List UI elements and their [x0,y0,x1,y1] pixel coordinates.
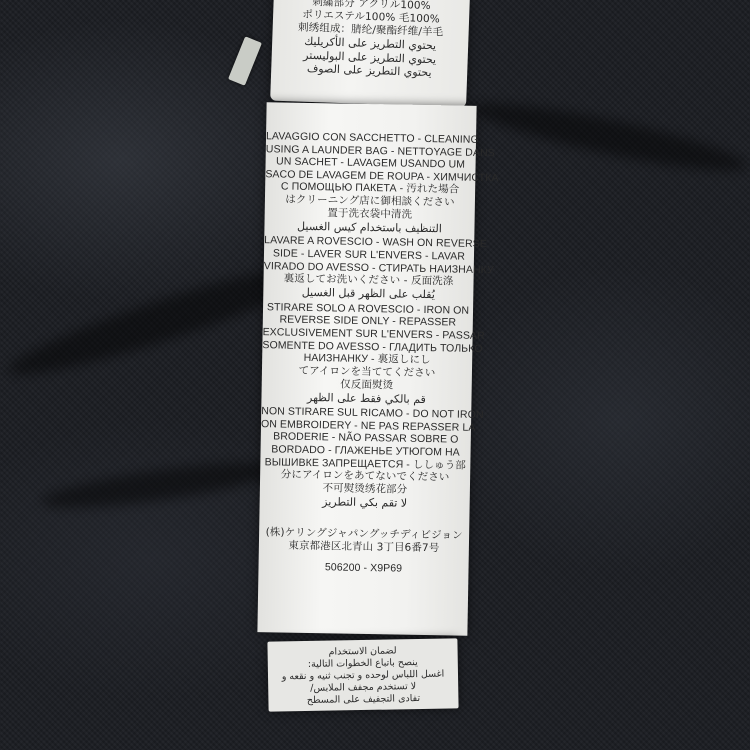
manufacturer-info: (株)ケリングジャパングッチディビジョン 東京都港区北青山 3丁目6番7号 50… [258,526,469,576]
product-code: 506200 - X9P69 [258,560,468,576]
label-text: لا تقم بكي التطريز [260,494,470,511]
small-side-tag [228,36,262,85]
care-label-top-section: 刺繍部分 アクリル100% ポリエステル100% 毛100% 刺绣组成：腈纶/聚… [270,0,470,107]
care-label-bottom-section: لضمان الاستخدام ينصح باتباع الخطوات التا… [267,638,458,711]
company-address: 東京都港区北青山 3丁目6番7号 [259,539,469,556]
fabric-fold-shadow [39,453,281,516]
cleaning-instructions: LAVAGGIO CON SACCHETTO - CLEANING USING … [264,130,476,236]
label-text: تفادى التجفيف على المسطح [268,692,458,707]
fabric-fold-shadow [470,91,750,182]
no-iron-embroidery-instructions: NON STIRARE SUL RICAMO - DO NOT IRON ON … [260,405,472,511]
label-text: قم بالكي فقط على الظهر [261,390,471,407]
reverse-iron-instructions: STIRARE SOLO A ROVESCIO - IRON ON REVERS… [261,301,473,407]
label-text: التنظيف باستخدام كيس الغسيل [264,219,474,236]
reverse-wash-instructions: LAVARE A ROVESCIO - WASH ON REVERSE SIDE… [263,235,474,303]
care-label-main-section: LAVAGGIO CON SACCHETTO - CLEANING USING … [257,102,476,636]
